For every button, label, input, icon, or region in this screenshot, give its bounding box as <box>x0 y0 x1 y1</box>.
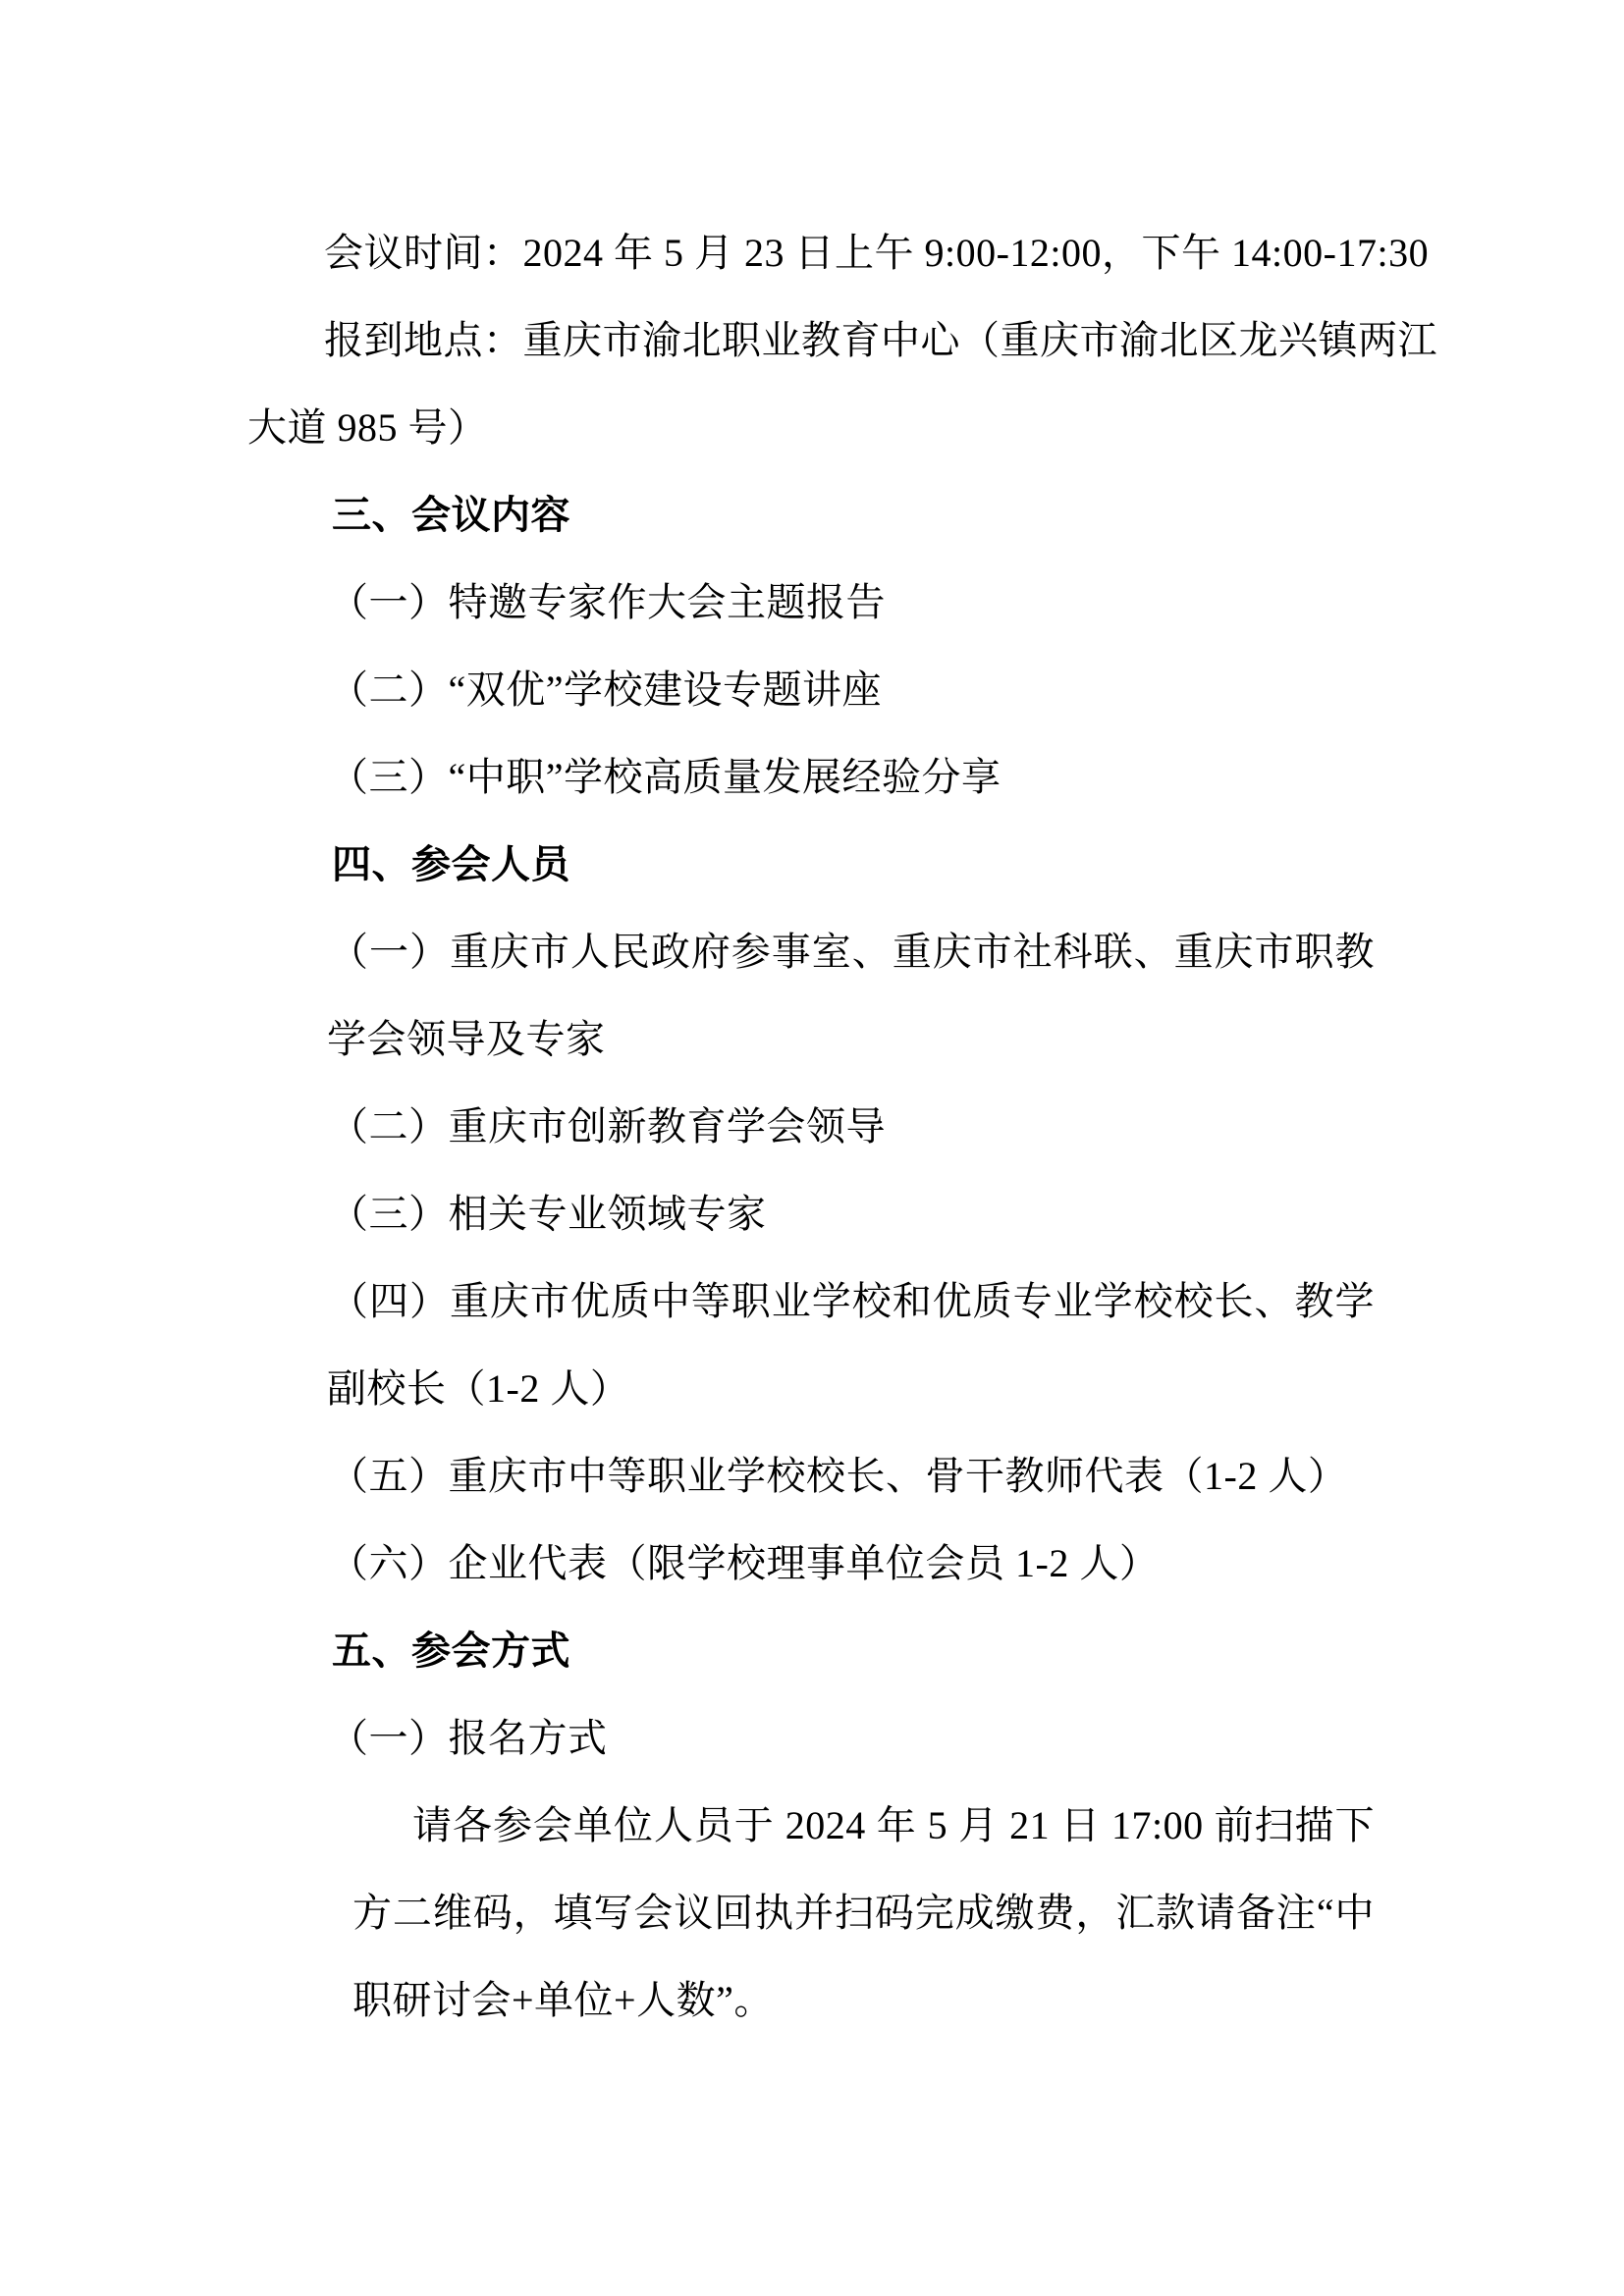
section-4-item-3: （三）相关专业领域专家 <box>329 1170 767 1257</box>
registration-para-line-1: 请各参会单位人员于 2024 年 5 月 21 日 17:00 前扫描下 <box>412 1782 1375 1869</box>
section-4-item-4-line-2: 副校长（1-2 人） <box>327 1345 629 1432</box>
section-3-item-2: （二）“双优”学校建设专题讲座 <box>329 646 882 733</box>
section-4-item-4-line-1: （四）重庆市优质中等职业学校和优质专业学校校长、教学 <box>329 1257 1375 1345</box>
section-4-item-1-line-1: （一）重庆市人民政府参事室、重庆市社科联、重庆市职教 <box>329 908 1375 995</box>
registration-para-line-2: 方二维码，填写会议回执并扫码完成缴费，汇款请备注“中 <box>352 1869 1375 1956</box>
document-page: 会议时间：2024 年 5 月 23 日上午 9:00-12:00，下午 14:… <box>0 0 1624 2296</box>
meeting-time-line: 会议时间：2024 年 5 月 23 日上午 9:00-12:00，下午 14:… <box>324 209 1429 296</box>
report-location-line-1: 报到地点：重庆市渝北职业教育中心（重庆市渝北区龙兴镇两江 <box>324 296 1375 384</box>
section-4-item-6: （六）企业代表（限学校理事单位会员 1-2 人） <box>329 1520 1159 1607</box>
registration-para-line-3: 职研讨会+单位+人数”。 <box>352 1956 774 2044</box>
section-4-item-1-line-2: 学会领导及专家 <box>327 995 606 1083</box>
section-3-item-3: （三）“中职”学校高质量发展经验分享 <box>329 733 1001 821</box>
section-3-heading: 三、会议内容 <box>332 471 570 559</box>
section-5-heading: 五、参会方式 <box>332 1607 570 1694</box>
section-4-item-2: （二）重庆市创新教育学会领导 <box>329 1083 886 1170</box>
section-4-item-5: （五）重庆市中等职业学校校长、骨干教师代表（1-2 人） <box>329 1432 1347 1520</box>
section-5-item-1: （一）报名方式 <box>329 1694 608 1782</box>
section-3-item-1: （一）特邀专家作大会主题报告 <box>329 559 886 646</box>
report-location-line-2: 大道 985 号） <box>247 384 488 471</box>
section-4-heading: 四、参会人员 <box>332 821 570 908</box>
